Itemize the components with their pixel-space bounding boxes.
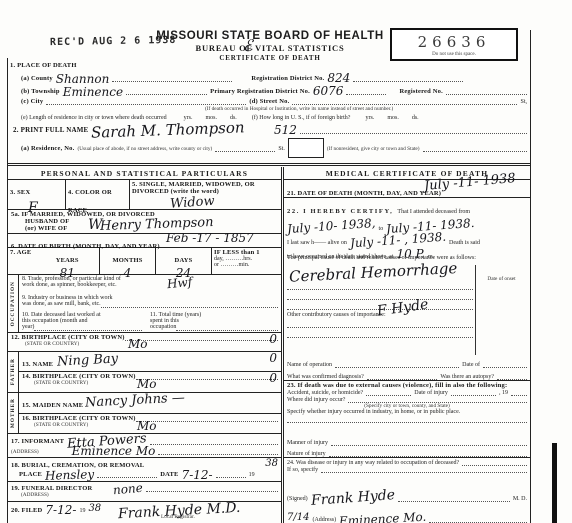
- dotted-leader: [215, 145, 275, 152]
- mother-name-label: 15. MAIDEN NAME: [22, 402, 83, 409]
- diagnosis-label: What was confirmed diagnosis?: [287, 374, 364, 380]
- burial-date-value: 7-12-: [182, 469, 213, 481]
- registration-district-value: 824: [327, 72, 350, 84]
- principal-cause-label: The principal cause of death and related…: [287, 255, 527, 261]
- dotted-line: [287, 328, 473, 338]
- mother-block: MOTHER 15. MAIDEN NAME Nancy Johns — 16.…: [8, 393, 281, 434]
- yrs-label: yrs.: [365, 115, 374, 121]
- filed-year-value: 38: [88, 504, 101, 514]
- nonresident-note: (If nonresident, give city or town and S…: [327, 146, 420, 152]
- dotted-leader: [483, 361, 527, 368]
- filed-block: 20. FILED 7-12- 19 38 Frank Hyde M.D. Lo…: [8, 502, 281, 523]
- certify-rest: That I attended deceased from: [397, 209, 470, 215]
- burial-block: 18. BURIAL, CREMATION, OR REMOVAL 38 PLA…: [8, 458, 281, 482]
- marital-field: 5. SINGLE, MARRIED, WIDOWED, OR DIVORCED…: [130, 180, 281, 209]
- printed-19: 19: [249, 472, 255, 478]
- dotted-leader: [331, 439, 527, 446]
- date-of-birth-block: 6. DATE OF BIRTH (MONTH, DAY, AND YEAR) …: [8, 234, 281, 248]
- mother-bp-value: Mo: [137, 420, 157, 432]
- occupation-side-label-text: OCCUPATION: [10, 281, 16, 326]
- age-block: 7. AGE YEARS 81 MONTHS 4 DAYS 24: [8, 248, 281, 275]
- external-label: 23. If death was due to external causes …: [287, 382, 527, 389]
- mother-name-value: Nancy Johns —: [85, 391, 185, 409]
- total-time-label-3: occupation: [150, 324, 176, 331]
- cause-of-death-block: The principal cause of death and related…: [284, 254, 530, 356]
- foreign-birth-label: (f) How long in U. S., if of foreign bir…: [252, 115, 351, 121]
- funeral-director-label: 19. FUNERAL DIRECTOR: [11, 485, 92, 492]
- age-months-cell: MONTHS 4: [100, 248, 156, 274]
- physician-address-value: Eminence Mo.: [339, 511, 427, 523]
- where-label: Where did injury occur?: [287, 397, 345, 403]
- full-name-row: 2. PRINT FULL NAME Sarah M. Thompson 512: [10, 123, 530, 134]
- to-label: to: [379, 226, 384, 232]
- burial-year-value: 38: [265, 459, 278, 469]
- residence-label: (a) Residence, No.: [21, 145, 74, 152]
- residence-row: (a) Residence, No. (Usual place of abode…: [10, 138, 530, 152]
- father-side-label: FATHER: [8, 352, 19, 392]
- dotted-leader: [398, 495, 510, 502]
- father-name-label: 13. NAME: [22, 361, 53, 368]
- dod-label: 21. DATE OF DEATH (MONTH, DAY, AND YEAR): [287, 190, 441, 197]
- ds-label: ds.: [412, 115, 419, 121]
- if-less-3: or ………min.: [214, 262, 279, 268]
- double-rule: [8, 163, 530, 166]
- operation-row: Name of operation Date of: [284, 356, 530, 368]
- dotted-leader: [300, 127, 527, 134]
- filed-date-value: 7-12-: [45, 504, 76, 516]
- dotted-line: [287, 415, 527, 423]
- page-border-right: [530, 30, 531, 523]
- street-no-label: (d) Street No.: [249, 98, 289, 105]
- nature-label: Nature of injury: [287, 451, 326, 457]
- dotted-line: [287, 290, 473, 300]
- sex-label: 3. SEX: [10, 189, 30, 196]
- occupation-related-block: 24. Was disease or injury in any way rel…: [284, 458, 530, 480]
- dotted-leader: [321, 466, 527, 473]
- dotted-leader: [34, 324, 142, 331]
- dotted-leader: [446, 88, 527, 95]
- birthplace-block: 12. BIRTHPLACE (CITY OR TOWN) (STATE OR …: [8, 333, 281, 352]
- diagnosis-row: What was confirmed diagnosis? Was there …: [284, 368, 530, 381]
- certificate-number: 26636: [392, 33, 516, 51]
- dotted-leader: [367, 373, 438, 380]
- trade-value: Hwf: [166, 276, 192, 291]
- race-field: 4. COLOR OR RACE W: [66, 180, 130, 209]
- birthplace-mark: 0: [269, 333, 277, 345]
- document-type: CERTIFICATE OF DEATH: [135, 54, 405, 62]
- years-label: YEARS: [56, 257, 79, 264]
- burial-date-label: DATE: [160, 471, 178, 478]
- dotted-leader: [101, 301, 278, 308]
- trade-field: 8. Trade, profession, or particular kind…: [19, 275, 281, 294]
- do-not-use-note: Do not use this space.: [392, 52, 516, 57]
- state-country-note: (STATE OR COUNTRY): [25, 341, 278, 347]
- place-of-death-section: 1. PLACE OF DEATH (a) County Shannon Reg…: [10, 62, 530, 152]
- dotted-leader: [346, 88, 386, 95]
- dob-value: Feb -17 - 1857: [166, 232, 254, 244]
- dotted-line: [287, 318, 473, 328]
- dotted-leader: [329, 450, 527, 457]
- dotted-leader: [158, 448, 278, 455]
- age-years-cell: 7. AGE YEARS 81: [8, 248, 100, 274]
- birthplace-label: 12. BIRTHPLACE (CITY OR TOWN): [11, 334, 125, 341]
- attended-from-value: July -10- 1938,: [287, 217, 376, 235]
- dotted-leader: [216, 471, 246, 478]
- occupation-side-label: OCCUPATION: [8, 275, 19, 332]
- registration-district-label: Registration District No.: [251, 75, 324, 82]
- days-label: DAYS: [175, 257, 193, 264]
- township-label: (b) Township: [21, 88, 60, 95]
- certify-intro: 22. I HEREBY CERTIFY,: [287, 208, 393, 215]
- dotted-leader: [497, 373, 527, 380]
- funeral-director-value: none: [113, 482, 144, 497]
- filed-mark: 7/14: [287, 513, 309, 523]
- funeral-address-label: (ADDRESS): [21, 492, 278, 498]
- dotted-leader: [335, 361, 459, 368]
- father-bp-value: Mo: [137, 378, 157, 390]
- father-name-field: 13. NAME Ning Bay 0: [19, 352, 281, 371]
- marital-label-1: 5. SINGLE, MARRIED, WIDOWED, OR: [132, 181, 279, 188]
- dotted-leader: [348, 396, 527, 403]
- if-so-label: If so, specify: [287, 467, 318, 473]
- form-header: MISSOURI STATE BOARD OF HEALTH BUREAU OF…: [135, 30, 405, 62]
- last-worked-field: 10. Date deceased last worked at this oc…: [19, 311, 281, 332]
- last-saw-text: I last saw h—— alive on: [287, 240, 347, 246]
- county-value: Shannon: [56, 73, 110, 85]
- dotted-leader: [176, 324, 278, 331]
- father-name-value: Ning Bay: [57, 352, 119, 368]
- if-less-1: IF LESS than 1: [214, 249, 279, 256]
- dotted-leader: [353, 75, 463, 82]
- dotted-leader: [112, 75, 232, 82]
- personal-section-header: PERSONAL AND STATISTICAL PARTICULARS: [8, 167, 281, 180]
- dotted-leader: [150, 438, 278, 445]
- dotted-leader: [146, 485, 278, 492]
- trade-label-2: work done, as spinner, bookkeeper, etc.: [22, 282, 278, 288]
- dotted-leader: [462, 459, 527, 466]
- age-label: 7. AGE: [10, 249, 31, 273]
- st-label: St.: [278, 146, 285, 152]
- funeral-director-block: 19. FUNERAL DIRECTOR none (ADDRESS): [8, 482, 281, 502]
- dotted-leader: [429, 516, 527, 523]
- industry-field: 9. Industry or business in which work wa…: [19, 294, 281, 311]
- father-bp-mark: 0: [269, 372, 277, 384]
- industry-label-2: was done, as saw mill, bank, etc.: [22, 301, 101, 308]
- death-certificate-scan: REC'D AUG 2 6 1938 MISSOURI STATE BOARD …: [0, 0, 572, 523]
- mother-name-field: 15. MAIDEN NAME Nancy Johns —: [19, 393, 281, 413]
- informant-block: 17. INFORMANT Etta Powers (ADDRESS) Emin…: [8, 434, 281, 458]
- dotted-leader: [97, 471, 157, 478]
- dotted-leader: [126, 88, 207, 95]
- county-label: (a) County: [21, 75, 53, 82]
- county-row: (a) County Shannon Registration District…: [10, 72, 530, 82]
- last-saw-value: July -11- , 1938.: [350, 231, 447, 250]
- external-causes-block: 23. If death was due to external causes …: [284, 381, 530, 435]
- medical-certificate-column: MEDICAL CERTIFICATE OF DEATH 21. DATE OF…: [283, 167, 530, 523]
- residence-number-value: 512: [274, 124, 297, 136]
- burial-place-label: PLACE: [19, 471, 42, 478]
- father-name-mark: 0: [269, 352, 277, 364]
- father-block: FATHER 13. NAME Ning Bay 0 14. BIRTHPLAC…: [8, 352, 281, 393]
- date-of-death-block: 21. DATE OF DEATH (MONTH, DAY, AND YEAR)…: [284, 180, 530, 198]
- occupation-block: OCCUPATION 8. Trade, profession, or part…: [8, 275, 281, 333]
- township-value: Eminence: [63, 86, 123, 98]
- full-name-label: 2. PRINT FULL NAME: [13, 126, 88, 134]
- address-label: (Address): [312, 517, 336, 523]
- township-row: (b) Township Eminence Primary Registrati…: [10, 85, 530, 95]
- last-worked-label-3: year): [22, 324, 34, 331]
- age-days-cell: DAYS 24: [156, 248, 212, 274]
- residence-length-row: (e) Length of residence in city or town …: [10, 115, 530, 121]
- registered-no-label: Registered No.: [399, 88, 442, 95]
- signed-row: (Signed) Frank Hyde M. D.: [284, 480, 530, 502]
- dotted-leader: [292, 98, 517, 105]
- mother-side-label: MOTHER: [8, 393, 19, 433]
- pen-flourish-mark: ℰ: [243, 38, 253, 54]
- hospital-note: (If death occurred in Hospital or Instit…: [205, 106, 530, 112]
- residence-length-label: (e) Length of residence in city or town …: [21, 115, 167, 121]
- filed-19: 19: [79, 508, 85, 514]
- dotted-leader: [451, 389, 496, 396]
- primary-registration-value: 6076: [313, 85, 344, 97]
- birthplace-value: Mo: [128, 338, 148, 350]
- informant-address-label: (ADDRESS): [11, 449, 39, 455]
- mother-birthplace-field: 16. BIRTHPLACE (CITY OR TOWN) (STATE OR …: [19, 413, 281, 433]
- certify-block: 22. I HEREBY CERTIFY, That I attended de…: [284, 198, 530, 254]
- bureau-subtitle: BUREAU OF VITAL STATISTICS: [135, 43, 405, 53]
- father-side-label-text: FATHER: [10, 358, 16, 385]
- date-of-onset-label: Date of onset: [487, 276, 515, 282]
- dotted-leader: [511, 389, 527, 396]
- nature-row: Nature of injury: [284, 446, 530, 458]
- city-label: (c) City: [21, 98, 43, 105]
- personal-particulars-column: PERSONAL AND STATISTICAL PARTICULARS 3. …: [8, 167, 282, 523]
- informant-label: 17. INFORMANT: [11, 438, 64, 445]
- nonresident-box: [288, 138, 324, 158]
- death-said-text: Death is said: [449, 240, 480, 246]
- autopsy-label: Was there an autopsy?: [440, 374, 494, 380]
- industry-label-2-row: was done, as saw mill, bank, etc.: [22, 301, 278, 308]
- certificate-body: PERSONAL AND STATISTICAL PARTICULARS 3. …: [8, 167, 530, 523]
- place-of-death-label: 1. PLACE OF DEATH: [10, 62, 530, 69]
- certificate-number-box: 26636 Do not use this space.: [390, 28, 518, 61]
- board-title: MISSOURI STATE BOARD OF HEALTH: [135, 30, 405, 42]
- dotted-leader: [46, 98, 246, 105]
- dotted-leader: [423, 145, 527, 152]
- father-birthplace-field: 14. BIRTHPLACE (CITY OR TOWN) (STATE OR …: [19, 371, 281, 392]
- months-label: MONTHS: [112, 257, 142, 264]
- sex-field: 3. SEX F: [8, 180, 66, 209]
- filed-label: 20. FILED: [11, 507, 42, 514]
- residence-note: (Usual place of abode, if no street addr…: [77, 146, 212, 152]
- sex-race-marital-block: 3. SEX F 4. COLOR OR RACE W 5. SINGLE, M…: [8, 180, 281, 210]
- dotted-leader: [366, 389, 411, 396]
- primary-registration-label: Primary Registration District No.: [210, 88, 310, 95]
- if-less-cell: IF LESS than 1 day, ………hrs. or ………min.: [212, 248, 281, 274]
- date-of-onset-box: Date of onset: [475, 265, 527, 355]
- st-suffix: St,: [520, 99, 527, 105]
- mother-side-label-text: MOTHER: [10, 398, 16, 428]
- scan-artifact-bar: [552, 443, 557, 523]
- manner-row: Manner of injury: [284, 435, 530, 446]
- mother-bp-label: 16. BIRTHPLACE (CITY OR TOWN): [22, 415, 136, 422]
- city-street-row: (c) City (d) Street No. St,: [10, 98, 530, 105]
- burial-place-value: Hensley: [45, 468, 95, 482]
- mos-label: mos.: [387, 115, 399, 121]
- father-bp-label: 14. BIRTHPLACE (CITY OR TOWN): [22, 373, 136, 380]
